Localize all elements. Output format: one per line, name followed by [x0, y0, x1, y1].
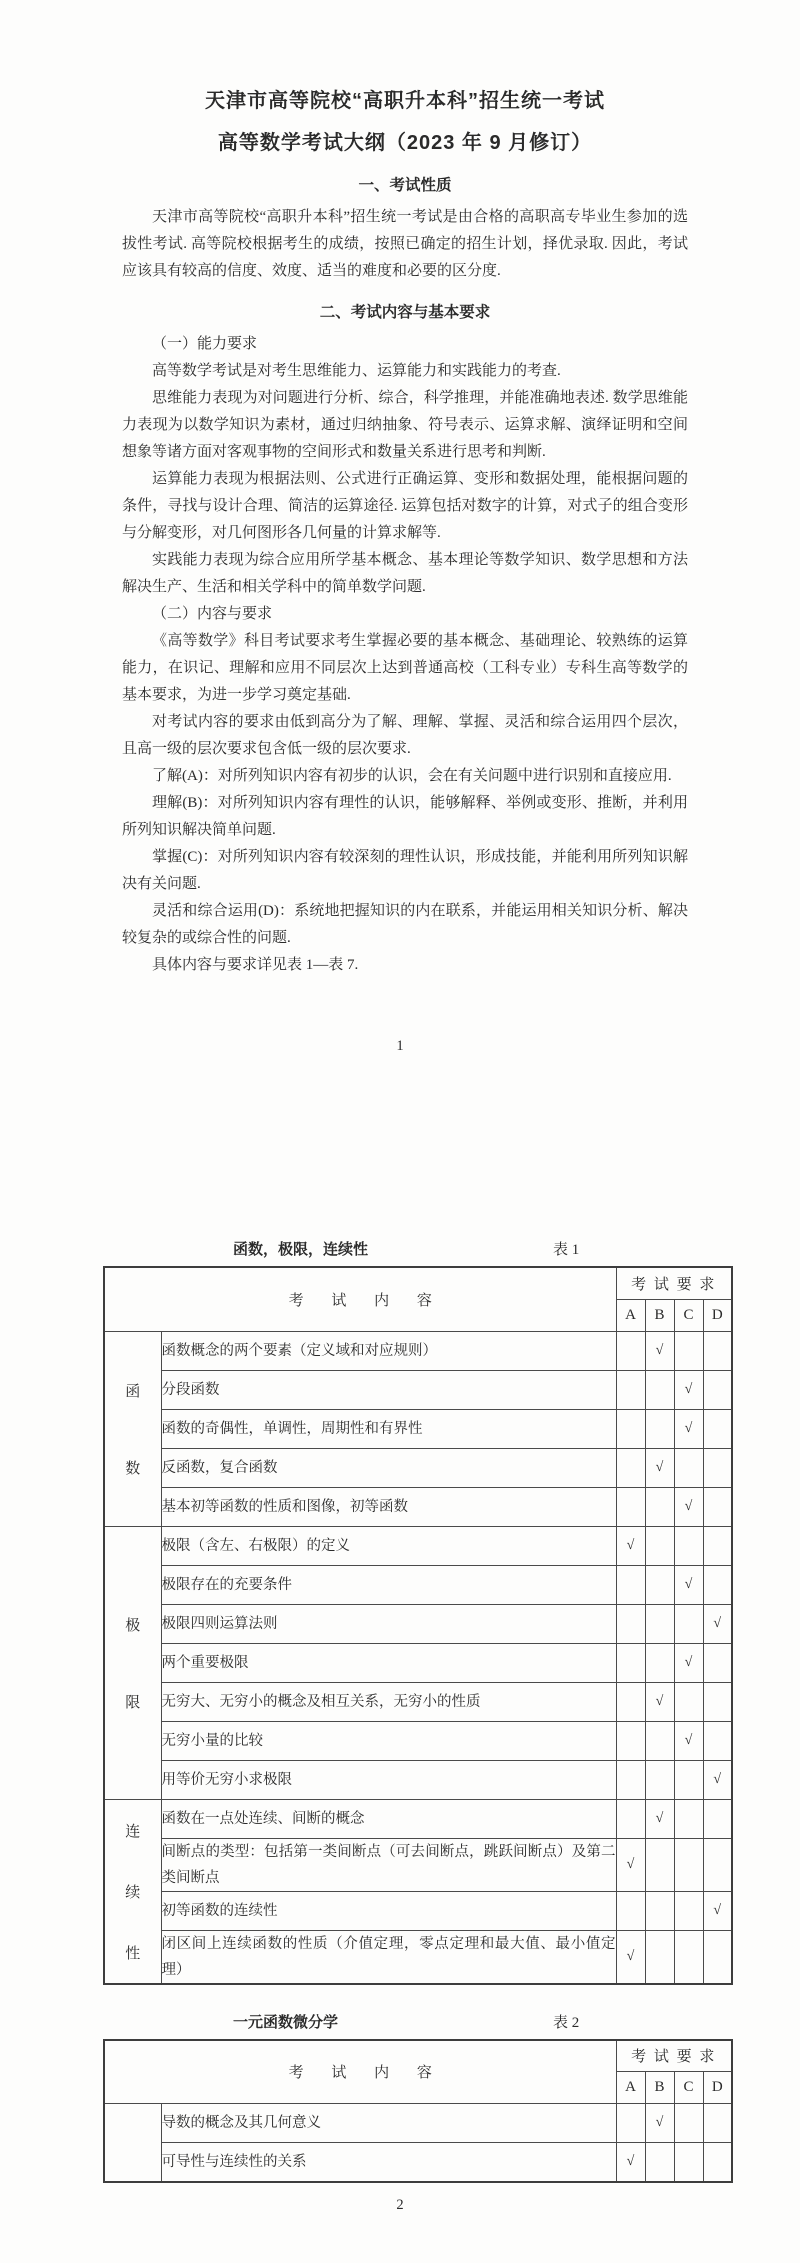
- exam-content-cell: 用等价无穷小求极限: [161, 1760, 616, 1799]
- header-exam-content: 考 试 内 容: [104, 1267, 616, 1331]
- exam-requirements-table-1: 考 试 内 容 考 试 要 求 A B C D 函数函数概念的两个要素（定义域和…: [103, 1266, 733, 1985]
- requirement-cell-d: [703, 1643, 732, 1682]
- requirement-cell-d: [703, 2143, 732, 2182]
- header-exam-content: 考 试 内 容: [104, 2040, 616, 2104]
- requirement-cell-a: [616, 1331, 645, 1370]
- header-exam-requirement: 考 试 要 求: [616, 1267, 732, 1299]
- requirement-cell-a: [616, 1370, 645, 1409]
- page-number-2: 2: [0, 2197, 800, 2214]
- content-paragraph: 《高等数学》科目考试要求考生掌握必要的基本概念、基础理论、较熟练的运算能力，在识…: [122, 628, 688, 709]
- requirement-cell-d: [703, 1838, 732, 1891]
- requirement-cell-c-checked: √: [674, 1565, 703, 1604]
- page-1: 天津市高等院校“高职升本科”招生统一考试 高等数学考试大纲（2023 年 9 月…: [0, 0, 800, 1180]
- table-row: 极限存在的充要条件√: [104, 1565, 732, 1604]
- exam-content-cell: 极限存在的充要条件: [161, 1565, 616, 1604]
- table-row: 间断点的类型：包括第一类间断点（可去间断点，跳跃间断点）及第二类间断点√: [104, 1838, 732, 1891]
- table-2-title: 一元函数微分学: [233, 2011, 338, 2032]
- table-1-title: 函数，极限，连续性: [233, 1238, 368, 1259]
- requirement-cell-a: [616, 1487, 645, 1526]
- content-paragraph: 理解(B)：对所列知识内容有理性的认识，能够解释、举例或变形、推断，并利用所列知…: [122, 790, 688, 844]
- exam-content-cell: 两个重要极限: [161, 1643, 616, 1682]
- requirement-cell-b: [645, 1721, 674, 1760]
- header-level-d: D: [703, 1299, 732, 1331]
- requirement-cell-d: [703, 1409, 732, 1448]
- ability-paragraph: 运算能力表现为根据法则、公式进行正确运算、变形和数据处理，能根据问题的条件，寻找…: [122, 466, 688, 547]
- requirement-cell-a: [616, 1409, 645, 1448]
- requirement-cell-a: [616, 2104, 645, 2143]
- header-level-c: C: [674, 1299, 703, 1331]
- requirement-cell-a-checked: √: [616, 1526, 645, 1565]
- requirement-cell-d-checked: √: [703, 1604, 732, 1643]
- exam-content-cell: 可导性与连续性的关系: [161, 2143, 616, 2182]
- content-paragraph: 灵活和综合运用(D)：系统地把握知识的内在联系，并能运用相关知识分析、解决较复杂…: [122, 898, 688, 952]
- exam-content-cell: 基本初等函数的性质和图像，初等函数: [161, 1487, 616, 1526]
- requirement-cell-d: [703, 1721, 732, 1760]
- table-row: 连续性函数在一点处连续、间断的概念√: [104, 1799, 732, 1838]
- requirement-cell-b: [645, 2143, 674, 2182]
- table-1-block: 函数，极限，连续性 表 1 考 试 内 容 考 试 要 求 A B C: [103, 1238, 731, 1985]
- table-row: 无穷小量的比较√: [104, 1721, 732, 1760]
- requirement-cell-d: [703, 1930, 732, 1984]
- requirement-cell-b-checked: √: [645, 1448, 674, 1487]
- requirement-cell-c: [674, 2104, 703, 2143]
- requirement-cell-a: [616, 1643, 645, 1682]
- header-level-b: B: [645, 1299, 674, 1331]
- doc-title-line1: 天津市高等院校“高职升本科”招生统一考试: [122, 86, 688, 116]
- table-1-label: 表 1: [553, 1238, 579, 1259]
- exam-content-cell: 函数概念的两个要素（定义域和对应规则）: [161, 1331, 616, 1370]
- requirement-cell-b: [645, 1409, 674, 1448]
- requirement-cell-c-checked: √: [674, 1370, 703, 1409]
- requirement-cell-c: [674, 1930, 703, 1984]
- requirement-cell-b: [645, 1526, 674, 1565]
- requirement-cell-d: [703, 1487, 732, 1526]
- requirement-cell-a: [616, 1604, 645, 1643]
- requirement-cell-d-checked: √: [703, 1760, 732, 1799]
- requirement-cell-b: [645, 1565, 674, 1604]
- requirement-cell-b: [645, 1487, 674, 1526]
- header-level-b: B: [645, 2072, 674, 2104]
- requirement-cell-c: [674, 1838, 703, 1891]
- table-row: 函数的奇偶性，单调性，周期性和有界性√: [104, 1409, 732, 1448]
- subsection-2-heading: （二）内容与要求: [122, 601, 688, 628]
- table-row: 函数函数概念的两个要素（定义域和对应规则）√: [104, 1331, 732, 1370]
- requirement-cell-c: [674, 1526, 703, 1565]
- table-row: 极限四则运算法则√: [104, 1604, 732, 1643]
- group-label: [104, 2104, 161, 2182]
- table-row: 无穷大、无穷小的概念及相互关系，无穷小的性质√: [104, 1682, 732, 1721]
- requirement-cell-b: [645, 1760, 674, 1799]
- table-row: 反函数，复合函数√: [104, 1448, 732, 1487]
- requirement-cell-a-checked: √: [616, 1838, 645, 1891]
- table-row: 闭区间上连续函数的性质（介值定理，零点定理和最大值、最小值定理）√: [104, 1930, 732, 1984]
- requirement-cell-a-checked: √: [616, 2143, 645, 2182]
- exam-content-cell: 分段函数: [161, 1370, 616, 1409]
- header-level-a: A: [616, 2072, 645, 2104]
- requirement-cell-a: [616, 1682, 645, 1721]
- requirement-cell-c-checked: √: [674, 1721, 703, 1760]
- requirement-cell-c-checked: √: [674, 1643, 703, 1682]
- section-1-heading: 一、考试性质: [122, 174, 688, 198]
- requirement-cell-a: [616, 1760, 645, 1799]
- exam-content-cell: 无穷小量的比较: [161, 1721, 616, 1760]
- group-label: 连续性: [104, 1799, 161, 1984]
- exam-content-cell: 极限四则运算法则: [161, 1604, 616, 1643]
- requirement-cell-b: [645, 1604, 674, 1643]
- document: 天津市高等院校“高职升本科”招生统一考试 高等数学考试大纲（2023 年 9 月…: [0, 0, 800, 2214]
- exam-content-cell: 函数在一点处连续、间断的概念: [161, 1799, 616, 1838]
- content-paragraph: 了解(A)：对所列知识内容有初步的认识，会在有关问题中进行识别和直接应用.: [122, 763, 688, 790]
- requirement-cell-b: [645, 1838, 674, 1891]
- exam-content-cell: 函数的奇偶性，单调性，周期性和有界性: [161, 1409, 616, 1448]
- exam-content-cell: 间断点的类型：包括第一类间断点（可去间断点，跳跃间断点）及第二类间断点: [161, 1838, 616, 1891]
- section-1-paragraph: 天津市高等院校“高职升本科”招生统一考试是由合格的高职高专毕业生参加的选拔性考试…: [122, 204, 688, 285]
- page-2: 函数，极限，连续性 表 1 考 试 内 容 考 试 要 求 A B C: [0, 1238, 800, 2214]
- exam-content-cell: 导数的概念及其几何意义: [161, 2104, 616, 2143]
- doc-title: 天津市高等院校“高职升本科”招生统一考试 高等数学考试大纲（2023 年 9 月…: [122, 86, 688, 158]
- requirement-cell-b: [645, 1930, 674, 1984]
- requirement-cell-b: [645, 1643, 674, 1682]
- requirement-cell-d: [703, 1448, 732, 1487]
- requirement-cell-c-checked: √: [674, 1409, 703, 1448]
- ability-paragraph: 思维能力表现为对问题进行分析、综合，科学推理，并能准确地表述. 数学思维能力表现…: [122, 385, 688, 466]
- doc-title-line2: 高等数学考试大纲（2023 年 9 月修订）: [122, 128, 688, 158]
- subsection-1-heading: （一）能力要求: [122, 331, 688, 358]
- requirement-cell-d-checked: √: [703, 1891, 732, 1930]
- group-label: 极限: [104, 1526, 161, 1799]
- requirement-cell-b-checked: √: [645, 1682, 674, 1721]
- table-2-label: 表 2: [553, 2011, 579, 2032]
- page-number-1: 1: [0, 1038, 800, 1055]
- requirement-cell-a: [616, 1565, 645, 1604]
- requirement-cell-c: [674, 1891, 703, 1930]
- header-level-c: C: [674, 2072, 703, 2104]
- requirement-cell-c-checked: √: [674, 1487, 703, 1526]
- requirement-cell-b-checked: √: [645, 1331, 674, 1370]
- group-label: 函数: [104, 1331, 161, 1526]
- requirement-cell-c: [674, 1331, 703, 1370]
- requirement-cell-c: [674, 1682, 703, 1721]
- requirement-cell-d: [703, 2104, 732, 2143]
- requirement-cell-d: [703, 1370, 732, 1409]
- header-exam-requirement: 考 试 要 求: [616, 2040, 732, 2072]
- requirement-cell-d: [703, 1331, 732, 1370]
- section-2-heading: 二、考试内容与基本要求: [122, 301, 688, 325]
- exam-content-cell: 无穷大、无穷小的概念及相互关系，无穷小的性质: [161, 1682, 616, 1721]
- requirement-cell-c: [674, 1799, 703, 1838]
- requirement-cell-c: [674, 1760, 703, 1799]
- requirement-cell-b: [645, 1891, 674, 1930]
- table-2-block: 一元函数微分学 表 2 考 试 内 容 考 试 要 求 A B C: [103, 2011, 731, 2183]
- content-paragraph: 掌握(C)：对所列知识内容有较深刻的理性认识，形成技能，并能利用所列知识解决有关…: [122, 844, 688, 898]
- requirement-cell-c: [674, 1448, 703, 1487]
- ability-paragraph: 高等数学考试是对考生思维能力、运算能力和实践能力的考查.: [122, 358, 688, 385]
- table-row: 可导性与连续性的关系√: [104, 2143, 732, 2182]
- table-2-caption: 一元函数微分学 表 2: [103, 2011, 731, 2033]
- header-level-d: D: [703, 2072, 732, 2104]
- requirement-cell-a: [616, 1799, 645, 1838]
- table-row: 极限极限（含左、右极限）的定义√: [104, 1526, 732, 1565]
- requirement-cell-d: [703, 1565, 732, 1604]
- table-row: 两个重要极限√: [104, 1643, 732, 1682]
- requirement-cell-d: [703, 1682, 732, 1721]
- table-row: 导数的概念及其几何意义√: [104, 2104, 732, 2143]
- table-1-caption: 函数，极限，连续性 表 1: [103, 1238, 731, 1260]
- exam-content-cell: 反函数，复合函数: [161, 1448, 616, 1487]
- exam-content-cell: 极限（含左、右极限）的定义: [161, 1526, 616, 1565]
- content-paragraph: 具体内容与要求详见表 1—表 7.: [122, 952, 688, 979]
- requirement-cell-b: [645, 1370, 674, 1409]
- ability-paragraph: 实践能力表现为综合应用所学基本概念、基本理论等数学知识、数学思想和方法解决生产、…: [122, 547, 688, 601]
- table-row: 分段函数√: [104, 1370, 732, 1409]
- table-row: 基本初等函数的性质和图像，初等函数√: [104, 1487, 732, 1526]
- content-paragraph: 对考试内容的要求由低到高分为了解、理解、掌握、灵活和综合运用四个层次，且高一级的…: [122, 709, 688, 763]
- requirement-cell-a: [616, 1448, 645, 1487]
- table-row: 用等价无穷小求极限√: [104, 1760, 732, 1799]
- requirement-cell-b-checked: √: [645, 1799, 674, 1838]
- requirement-cell-c: [674, 1604, 703, 1643]
- requirement-cell-a-checked: √: [616, 1930, 645, 1984]
- table-row: 初等函数的连续性√: [104, 1891, 732, 1930]
- requirement-cell-d: [703, 1526, 732, 1565]
- header-level-a: A: [616, 1299, 645, 1331]
- exam-content-cell: 初等函数的连续性: [161, 1891, 616, 1930]
- exam-content-cell: 闭区间上连续函数的性质（介值定理，零点定理和最大值、最小值定理）: [161, 1930, 616, 1984]
- requirement-cell-b-checked: √: [645, 2104, 674, 2143]
- exam-requirements-table-2: 考 试 内 容 考 试 要 求 A B C D 导数的概念及其几何意义√可导性与…: [103, 2039, 733, 2183]
- requirement-cell-c: [674, 2143, 703, 2182]
- requirement-cell-a: [616, 1721, 645, 1760]
- requirement-cell-d: [703, 1799, 732, 1838]
- requirement-cell-a: [616, 1891, 645, 1930]
